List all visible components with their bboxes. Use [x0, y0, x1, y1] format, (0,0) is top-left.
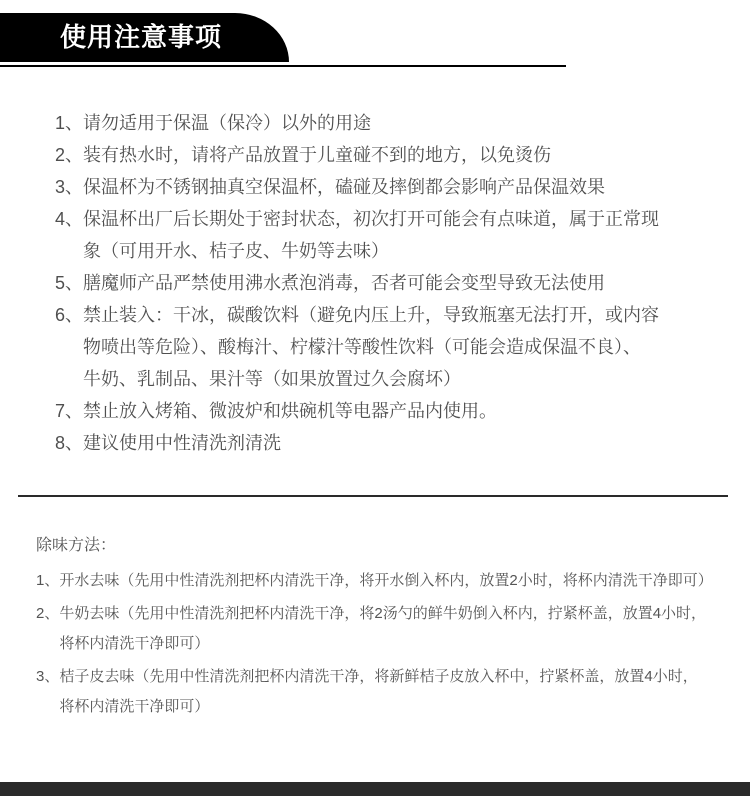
item-number: 8、	[55, 427, 83, 459]
odor-method-item: 2、 牛奶去味（先用中性清洗剂把杯内清洗干净，将2汤勺的鲜牛奶倒入杯内，拧紧杯盖…	[36, 599, 742, 659]
item-number: 5、	[55, 267, 83, 299]
header-underline	[0, 65, 566, 67]
item-text: 牛奶去味（先用中性清洗剂把杯内清洗干净，将2汤勺的鲜牛奶倒入杯内，拧紧杯盖，放置…	[59, 599, 742, 659]
item-number: 2、	[55, 139, 83, 171]
precaution-item: 2、 装有热水时，请将产品放置于儿童碰不到的地方，以免烫伤	[55, 139, 740, 171]
page-title: 使用注意事项	[0, 13, 289, 62]
item-text: 装有热水时，请将产品放置于儿童碰不到的地方，以免烫伤	[83, 139, 740, 171]
item-number: 3、	[36, 662, 59, 692]
precaution-item: 6、 禁止装入：干冰，碳酸饮料（避免内压上升，导致瓶塞无法打开，或内容 物喷出等…	[55, 299, 740, 395]
item-number: 6、	[55, 299, 83, 331]
item-text: 开水去味（先用中性清洗剂把杯内清洗干净，将开水倒入杯内，放置2小时，将杯内清洗干…	[59, 566, 742, 596]
odor-removal-list: 1、 开水去味（先用中性清洗剂把杯内清洗干净，将开水倒入杯内，放置2小时，将杯内…	[36, 566, 742, 722]
item-text: 禁止放入烤箱、微波炉和烘碗机等电器产品内使用。	[83, 395, 740, 427]
precaution-item: 5、 膳魔师产品严禁使用沸水煮泡消毒，否者可能会变型导致无法使用	[55, 267, 740, 299]
section-divider	[18, 495, 728, 497]
item-text: 桔子皮去味（先用中性清洗剂把杯内清洗干净，将新鲜桔子皮放入杯中，拧紧杯盖，放置4…	[59, 662, 742, 722]
item-number: 1、	[55, 107, 83, 139]
item-text: 保温杯为不锈钢抽真空保温杯，磕碰及摔倒都会影响产品保温效果	[83, 171, 740, 203]
item-text: 建议使用中性清洗剂清洗	[83, 427, 740, 459]
item-text: 膳魔师产品严禁使用沸水煮泡消毒，否者可能会变型导致无法使用	[83, 267, 740, 299]
item-text: 保温杯出厂后长期处于密封状态，初次打开可能会有点味道，属于正常现 象（可用开水、…	[83, 203, 740, 267]
odor-removal-section: 除味方法： 1、 开水去味（先用中性清洗剂把杯内清洗干净，将开水倒入杯内，放置2…	[36, 536, 742, 725]
precaution-item: 8、 建议使用中性清洗剂清洗	[55, 427, 740, 459]
odor-method-item: 1、 开水去味（先用中性清洗剂把杯内清洗干净，将开水倒入杯内，放置2小时，将杯内…	[36, 566, 742, 596]
item-number: 4、	[55, 203, 83, 235]
bottom-bar	[0, 782, 750, 796]
item-number: 1、	[36, 566, 59, 596]
precaution-item: 7、 禁止放入烤箱、微波炉和烘碗机等电器产品内使用。	[55, 395, 740, 427]
item-text: 请勿适用于保温（保冷）以外的用途	[83, 107, 740, 139]
item-number: 2、	[36, 599, 59, 629]
precaution-item: 1、 请勿适用于保温（保冷）以外的用途	[55, 107, 740, 139]
section-header-tab: 使用注意事项	[0, 13, 289, 62]
precaution-item: 3、 保温杯为不锈钢抽真空保温杯，磕碰及摔倒都会影响产品保温效果	[55, 171, 740, 203]
item-number: 7、	[55, 395, 83, 427]
odor-method-item: 3、 桔子皮去味（先用中性清洗剂把杯内清洗干净，将新鲜桔子皮放入杯中，拧紧杯盖，…	[36, 662, 742, 722]
item-text: 禁止装入：干冰，碳酸饮料（避免内压上升，导致瓶塞无法打开，或内容 物喷出等危险）…	[83, 299, 740, 395]
odor-removal-heading: 除味方法：	[36, 536, 742, 556]
precaution-item: 4、 保温杯出厂后长期处于密封状态，初次打开可能会有点味道，属于正常现 象（可用…	[55, 203, 740, 267]
item-number: 3、	[55, 171, 83, 203]
precautions-list: 1、 请勿适用于保温（保冷）以外的用途 2、 装有热水时，请将产品放置于儿童碰不…	[55, 107, 740, 459]
